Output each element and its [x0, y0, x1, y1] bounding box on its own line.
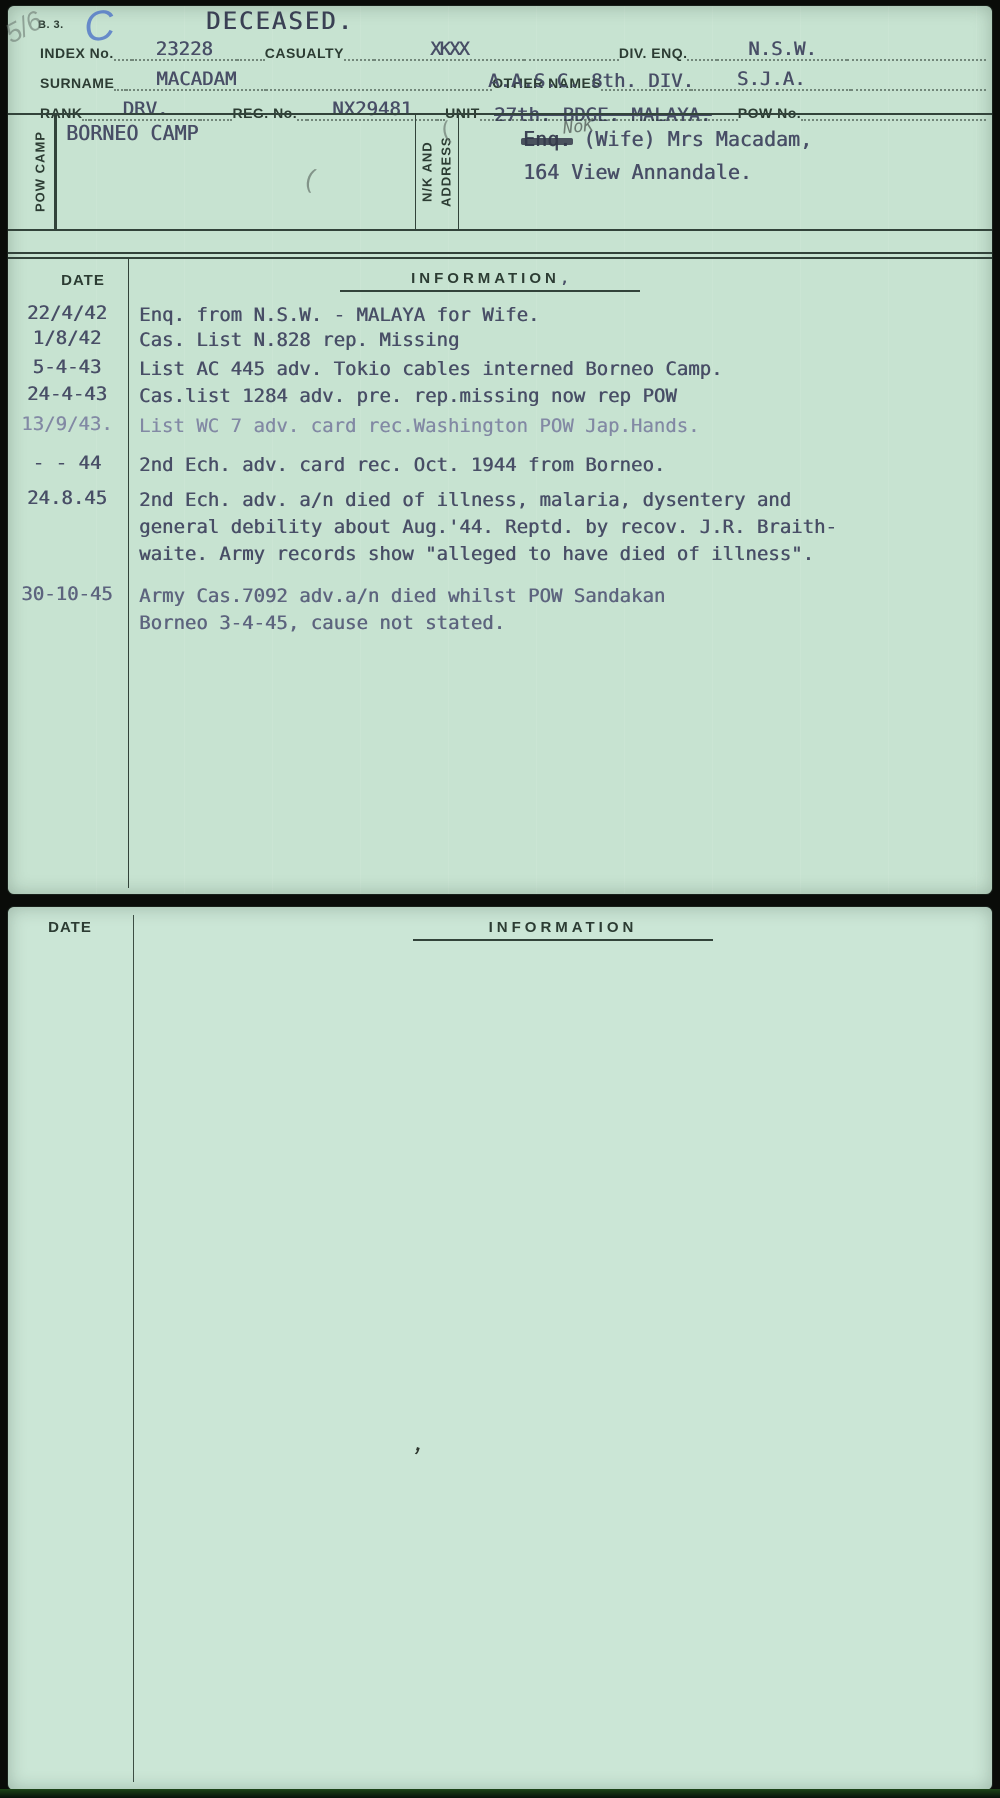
vertical-rule: [56, 115, 57, 229]
stray-ink-mark: ,: [411, 1425, 429, 1460]
other-names-value: S.J.A.: [691, 68, 851, 91]
nk-label-line1: N/K AND: [417, 115, 437, 229]
surname-label: SURNAME: [40, 75, 114, 91]
dotted-leader: [114, 72, 126, 91]
pow-record-card: DECEASED. B. 3. 5/6 C INDEX No. 23228 CA…: [7, 5, 993, 895]
casualty-value: XKXX: [374, 38, 524, 61]
row-date: 1/8/42: [8, 327, 126, 349]
casualty-label: CASUALTY: [265, 45, 344, 61]
row-date: 24.8.45: [8, 487, 126, 509]
row-info: 2nd Ech. adv. a/n died of illness, malar…: [139, 487, 976, 568]
table-column-divider: [128, 259, 129, 888]
row-date: 30-10-45: [8, 583, 126, 605]
row-info: Army Cas.7092 adv.a/n died whilst POW Sa…: [139, 583, 976, 637]
div-enq-label: DIV. ENQ.: [619, 45, 688, 61]
index-no-label: INDEX No.: [40, 45, 114, 61]
pencil-stroke-mark: (: [302, 162, 318, 194]
nk-address-line1: Enq. (Wife) Mrs Macadam,: [523, 123, 812, 156]
row-date: 24-4-43: [8, 383, 126, 405]
scan-bottom-edge: [0, 1789, 1000, 1798]
surname-value: MACADAM: [126, 68, 266, 91]
pow-camp-value: BORNEO CAMP: [66, 121, 198, 145]
row-info: List AC 445 adv. Tokio cables interned B…: [139, 356, 976, 383]
nk-line1-rest: (Wife) Mrs Macadam,: [571, 127, 812, 151]
information-header-comma: ,: [560, 269, 569, 287]
vertical-rule: [458, 115, 459, 229]
row-info: Enq. from N.S.W. - MALAYA for Wife.: [139, 302, 976, 329]
information-column-header: INFORMATION,: [340, 269, 640, 292]
dotted-leader: [847, 42, 986, 61]
index-no-value: 23228: [132, 38, 237, 61]
row-date: - - 44: [8, 452, 126, 474]
row-date: 5-4-43: [8, 356, 126, 378]
row-info: Cas.list 1284 adv. pre. rep.missing now …: [139, 383, 976, 410]
unit-value-line1: A.A.S.C. 8th. DIV.: [488, 70, 694, 92]
nk-address-line2: 164 View Annandale.: [523, 156, 812, 189]
nk-address-content: NoK Enq. (Wife) Mrs Macadam, 164 View An…: [523, 123, 812, 189]
pow-camp-row: POW CAMP BORNEO CAMP ( N/K AND ADDRESS (…: [8, 115, 992, 231]
table-column-divider: [133, 915, 134, 1782]
row-date: 13/9/43.: [8, 413, 126, 435]
div-enq-value: N.S.W.: [717, 38, 847, 61]
dotted-leader: [266, 72, 492, 91]
field-line-index: INDEX No. 23228 CASUALTY XKXX DIV. ENQ. …: [8, 38, 986, 61]
row-info: List WC 7 adv. card rec.Washington POW J…: [139, 413, 976, 440]
information-header-text: INFORMATION: [411, 270, 560, 287]
vertical-rule: [415, 115, 416, 229]
row-info: Cas. List N.828 rep. Missing: [139, 327, 976, 354]
dotted-leader: [851, 72, 986, 91]
deceased-stamp: DECEASED.: [206, 7, 354, 35]
date-column-header: DATE: [38, 272, 128, 289]
pow-camp-label: POW CAMP: [26, 115, 56, 229]
dotted-leader: [237, 42, 265, 61]
information-column-header: INFORMATION: [413, 919, 713, 941]
date-column-header: DATE: [30, 919, 110, 936]
struck-word: Enq.: [523, 127, 571, 151]
dotted-leader: [524, 42, 619, 61]
dotted-leader: [344, 42, 374, 61]
row-date: 22/4/42: [8, 302, 126, 324]
row-info: 2nd Ech. adv. card rec. Oct. 1944 from B…: [139, 452, 976, 479]
double-rule: [8, 252, 992, 259]
dotted-leader: [114, 42, 132, 61]
blank-continuation-card: DATE INFORMATION ,: [7, 906, 993, 1791]
dotted-leader: [687, 42, 717, 61]
